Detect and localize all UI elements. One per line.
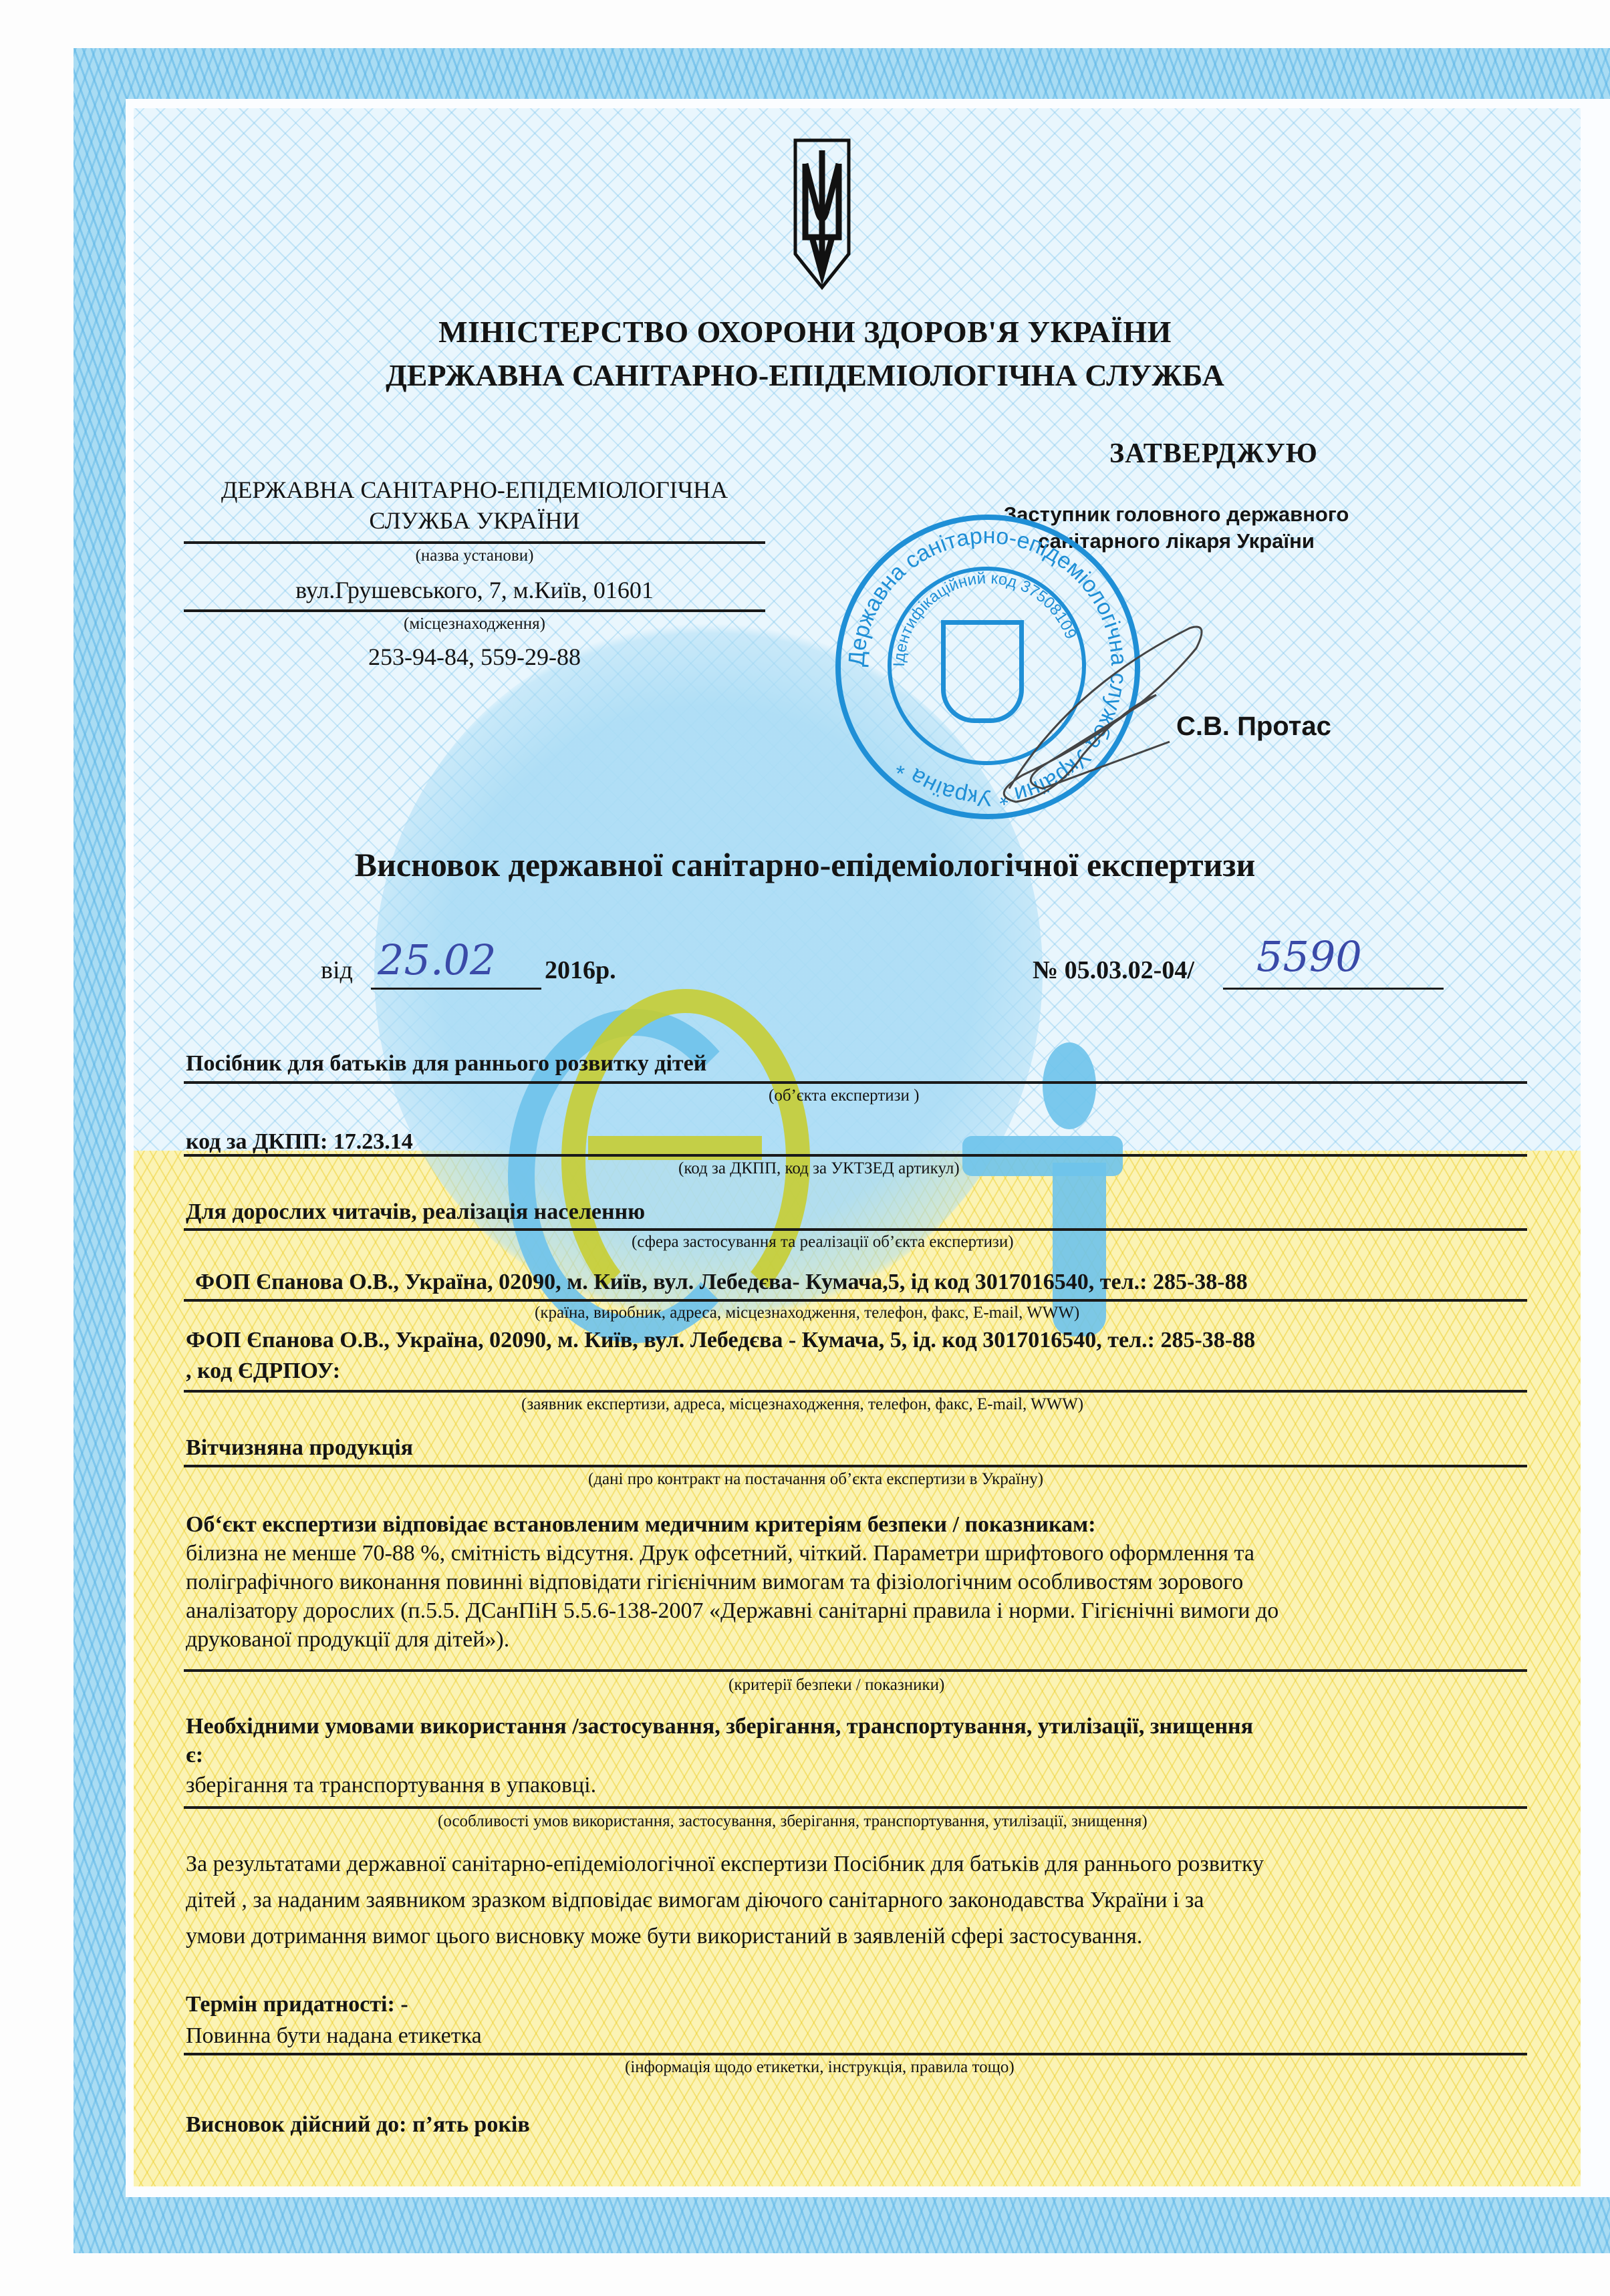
product-code: код за ДКПП: 17.23.14 [186,1129,413,1155]
address-caption: (місцезнаходження) [174,615,775,633]
institution-name-line2: СЛУЖБА УКРАЇНИ [174,505,775,536]
signer-name: С.В. Протас [1176,712,1331,742]
criteria-line4: друкованої продукції для дітей»). [186,1625,509,1654]
divider [184,1806,1527,1809]
logo-i-dot-icon [1043,1042,1096,1129]
handwritten-signature [969,588,1223,809]
shelf-life-caption: (інформація щодо етикетки, інструкція, п… [625,2058,1015,2077]
criteria-line2: поліграфічного виконання повинні відпові… [186,1568,1243,1596]
criteria-heading: Об‘єкт експертизи відповідає встановлени… [186,1510,1096,1539]
divider [184,1465,1527,1467]
object-name: Посібник для батьків для раннього розвит… [186,1051,706,1077]
divider [184,609,765,612]
conclusion-line3: умови дотримання вимог цього висновку мо… [186,1922,1142,1951]
ministry-heading: МІНІСТЕРСТВО ОХОРОНИ ЗДОРОВ'Я УКРАЇНИ [0,314,1610,349]
usage-scope: Для дорослих читачів, реалізація населен… [186,1199,645,1225]
divider [184,1669,1527,1672]
divider [184,1390,1527,1393]
number-underline [1223,988,1444,990]
manufacturer: ФОП Єпанова О.В., Україна, 02090, м. Киї… [195,1270,1248,1295]
institution-address: вул.Грушевського, 7, м.Київ, 01601 [174,576,775,604]
divider [184,1299,1527,1302]
conditions-value: зберігання та транспортування в упаковці… [186,1771,596,1800]
date-underline [371,988,541,990]
criteria-line3: аналізатору дорослих (п.5.5. ДСанПіН 5.5… [186,1596,1279,1625]
conditions-caption: (особливості умов використання, застосув… [438,1812,1148,1831]
document-title: Висновок державної санітарно-епідеміолог… [0,845,1610,884]
criteria-caption: (критерії безпеки / показники) [728,1676,944,1695]
conclusion-line1: За результатами державної санітарно-епід… [186,1850,1264,1878]
institution-name-line1: ДЕРЖАВНА САНІТАРНО-ЕПІДЕМІОЛОГІЧНА [174,474,775,505]
date-handwritten: 25.02 [378,936,497,984]
document-number-prefix: № 05.03.02-04/ [1033,956,1194,985]
contract-caption: (дані про контракт на постачання об’єкта… [588,1470,1043,1489]
conditions-heading-line2: є: [186,1741,203,1769]
applicant-line2: , код ЄДРПОУ: [186,1358,340,1384]
service-heading: ДЕРЖАВНА САНІТАРНО-ЕПІДЕМІОЛОГІЧНА СЛУЖБ… [0,357,1610,393]
conditions-heading-line1: Необхідними умовами використання /застос… [186,1712,1253,1741]
date-prefix: від [321,956,353,985]
shelf-life-heading: Термін придатності: - [186,1990,408,2019]
applicant-caption: (заявник експертизи, адреса, місцезнаход… [521,1395,1083,1414]
validity-period: Висновок дійсний до: п’ять років [186,2110,530,2139]
institution-phones: 253-94-84, 559-29-88 [174,643,775,671]
shelf-life-value: Повинна бути надана етикетка [186,2021,482,2050]
code-caption: (код за ДКПП, код за УКТЗЕД артикул) [678,1159,960,1178]
trident-emblem-icon [792,137,852,291]
divider [184,1154,1527,1157]
institution-name-caption: (назва установи) [174,547,775,565]
date-year: 2016р. [545,956,616,985]
approval-label: ЗАТВЕРДЖУЮ [1109,438,1318,470]
manufacturer-caption: (країна, виробник, адреса, місцезнаходже… [535,1304,1079,1322]
conclusion-line2: дітей , за наданим заявником зразком від… [186,1886,1204,1914]
document-number-handwritten: 5590 [1256,932,1362,981]
institution-block: ДЕРЖАВНА САНІТАРНО-ЕПІДЕМІОЛОГІЧНА СЛУЖБ… [174,474,775,536]
object-caption: (об’єкта експертизи ) [769,1087,920,1105]
divider [184,541,765,544]
divider [184,2053,1527,2055]
divider [184,1228,1527,1231]
contract-info: Вітчизняна продукція [186,1435,413,1461]
divider [184,1081,1527,1084]
scope-caption: (сфера застосування та реалізації об’єкт… [632,1233,1014,1252]
applicant-line1: ФОП Єпанова О.В., Україна, 02090, м. Киї… [186,1328,1255,1353]
criteria-line1: білизна не менше 70-88 %, смітність відс… [186,1539,1254,1568]
